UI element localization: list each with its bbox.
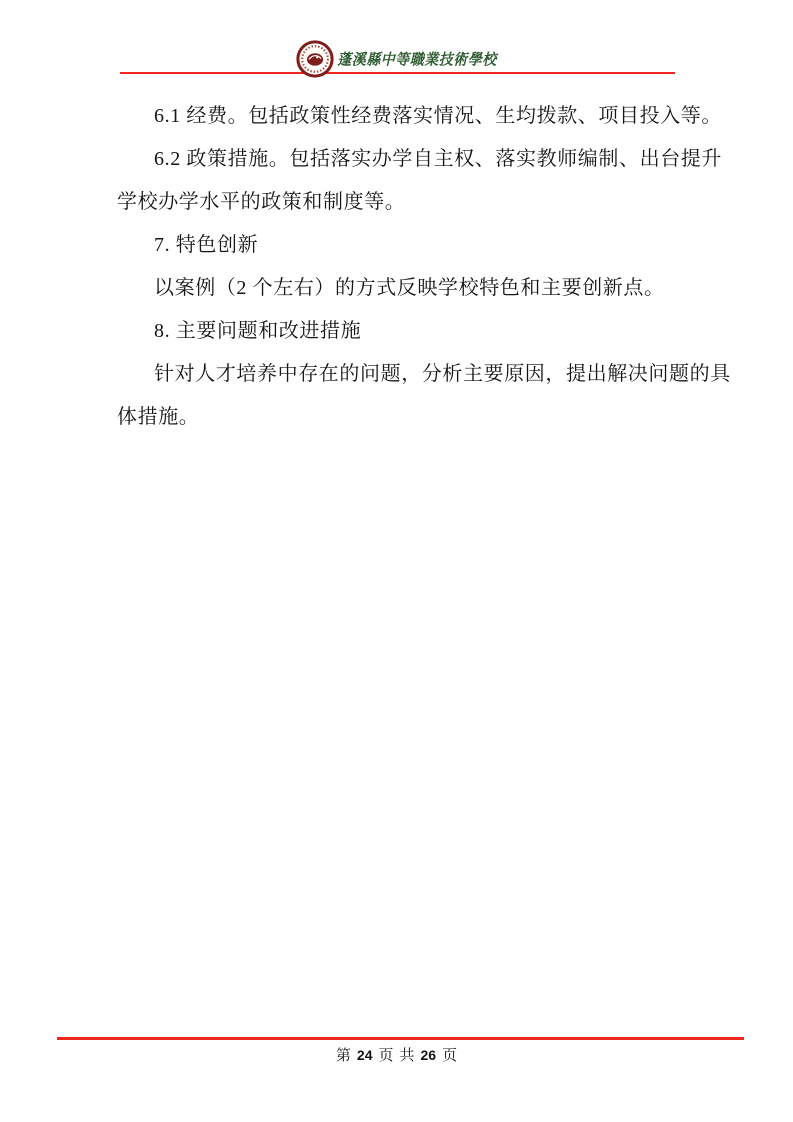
body-line: 6.2 政策措施。包括落实办学自主权、落实教师编制、出台提升 (117, 138, 697, 181)
body-line: 8. 主要问题和改进措施 (117, 310, 697, 353)
school-brand: 蓬溪縣中等職業技術學校 (0, 38, 793, 80)
page-number-indicator: 第24页共26页 (0, 1044, 793, 1065)
body-line: 7. 特色创新 (117, 224, 697, 267)
body-line: 针对人才培养中存在的问题，分析主要原因，提出解决问题的具 (117, 353, 697, 396)
current-page-number: 24 (357, 1047, 373, 1063)
body-line: 学校办学水平的政策和制度等。 (117, 181, 697, 224)
body-line: 以案例（2 个左右）的方式反映学校特色和主要创新点。 (117, 267, 697, 310)
body-line: 体措施。 (117, 396, 697, 439)
footer-label-page-unit: 页 (378, 1048, 393, 1064)
total-page-count: 26 (421, 1047, 437, 1063)
body-line: 6.1 经费。包括政策性经费落实情况、生均拨款、项目投入等。 (117, 95, 697, 138)
footer-label-prefix: 第 (336, 1048, 351, 1064)
document-page: 蓬溪縣中等職業技術學校 6.1 经费。包括政策性经费落实情况、生均拨款、项目投入… (0, 0, 793, 1122)
footer-label-total-unit: 页 (442, 1048, 457, 1064)
footer-label-conjunction: 共 (400, 1048, 415, 1064)
school-name: 蓬溪縣中等職業技術學校 (337, 48, 497, 70)
school-seal-icon (296, 40, 334, 78)
document-body: 6.1 经费。包括政策性经费落实情况、生均拨款、项目投入等。 6.2 政策措施。… (117, 95, 697, 439)
footer-divider-line (57, 1037, 744, 1040)
